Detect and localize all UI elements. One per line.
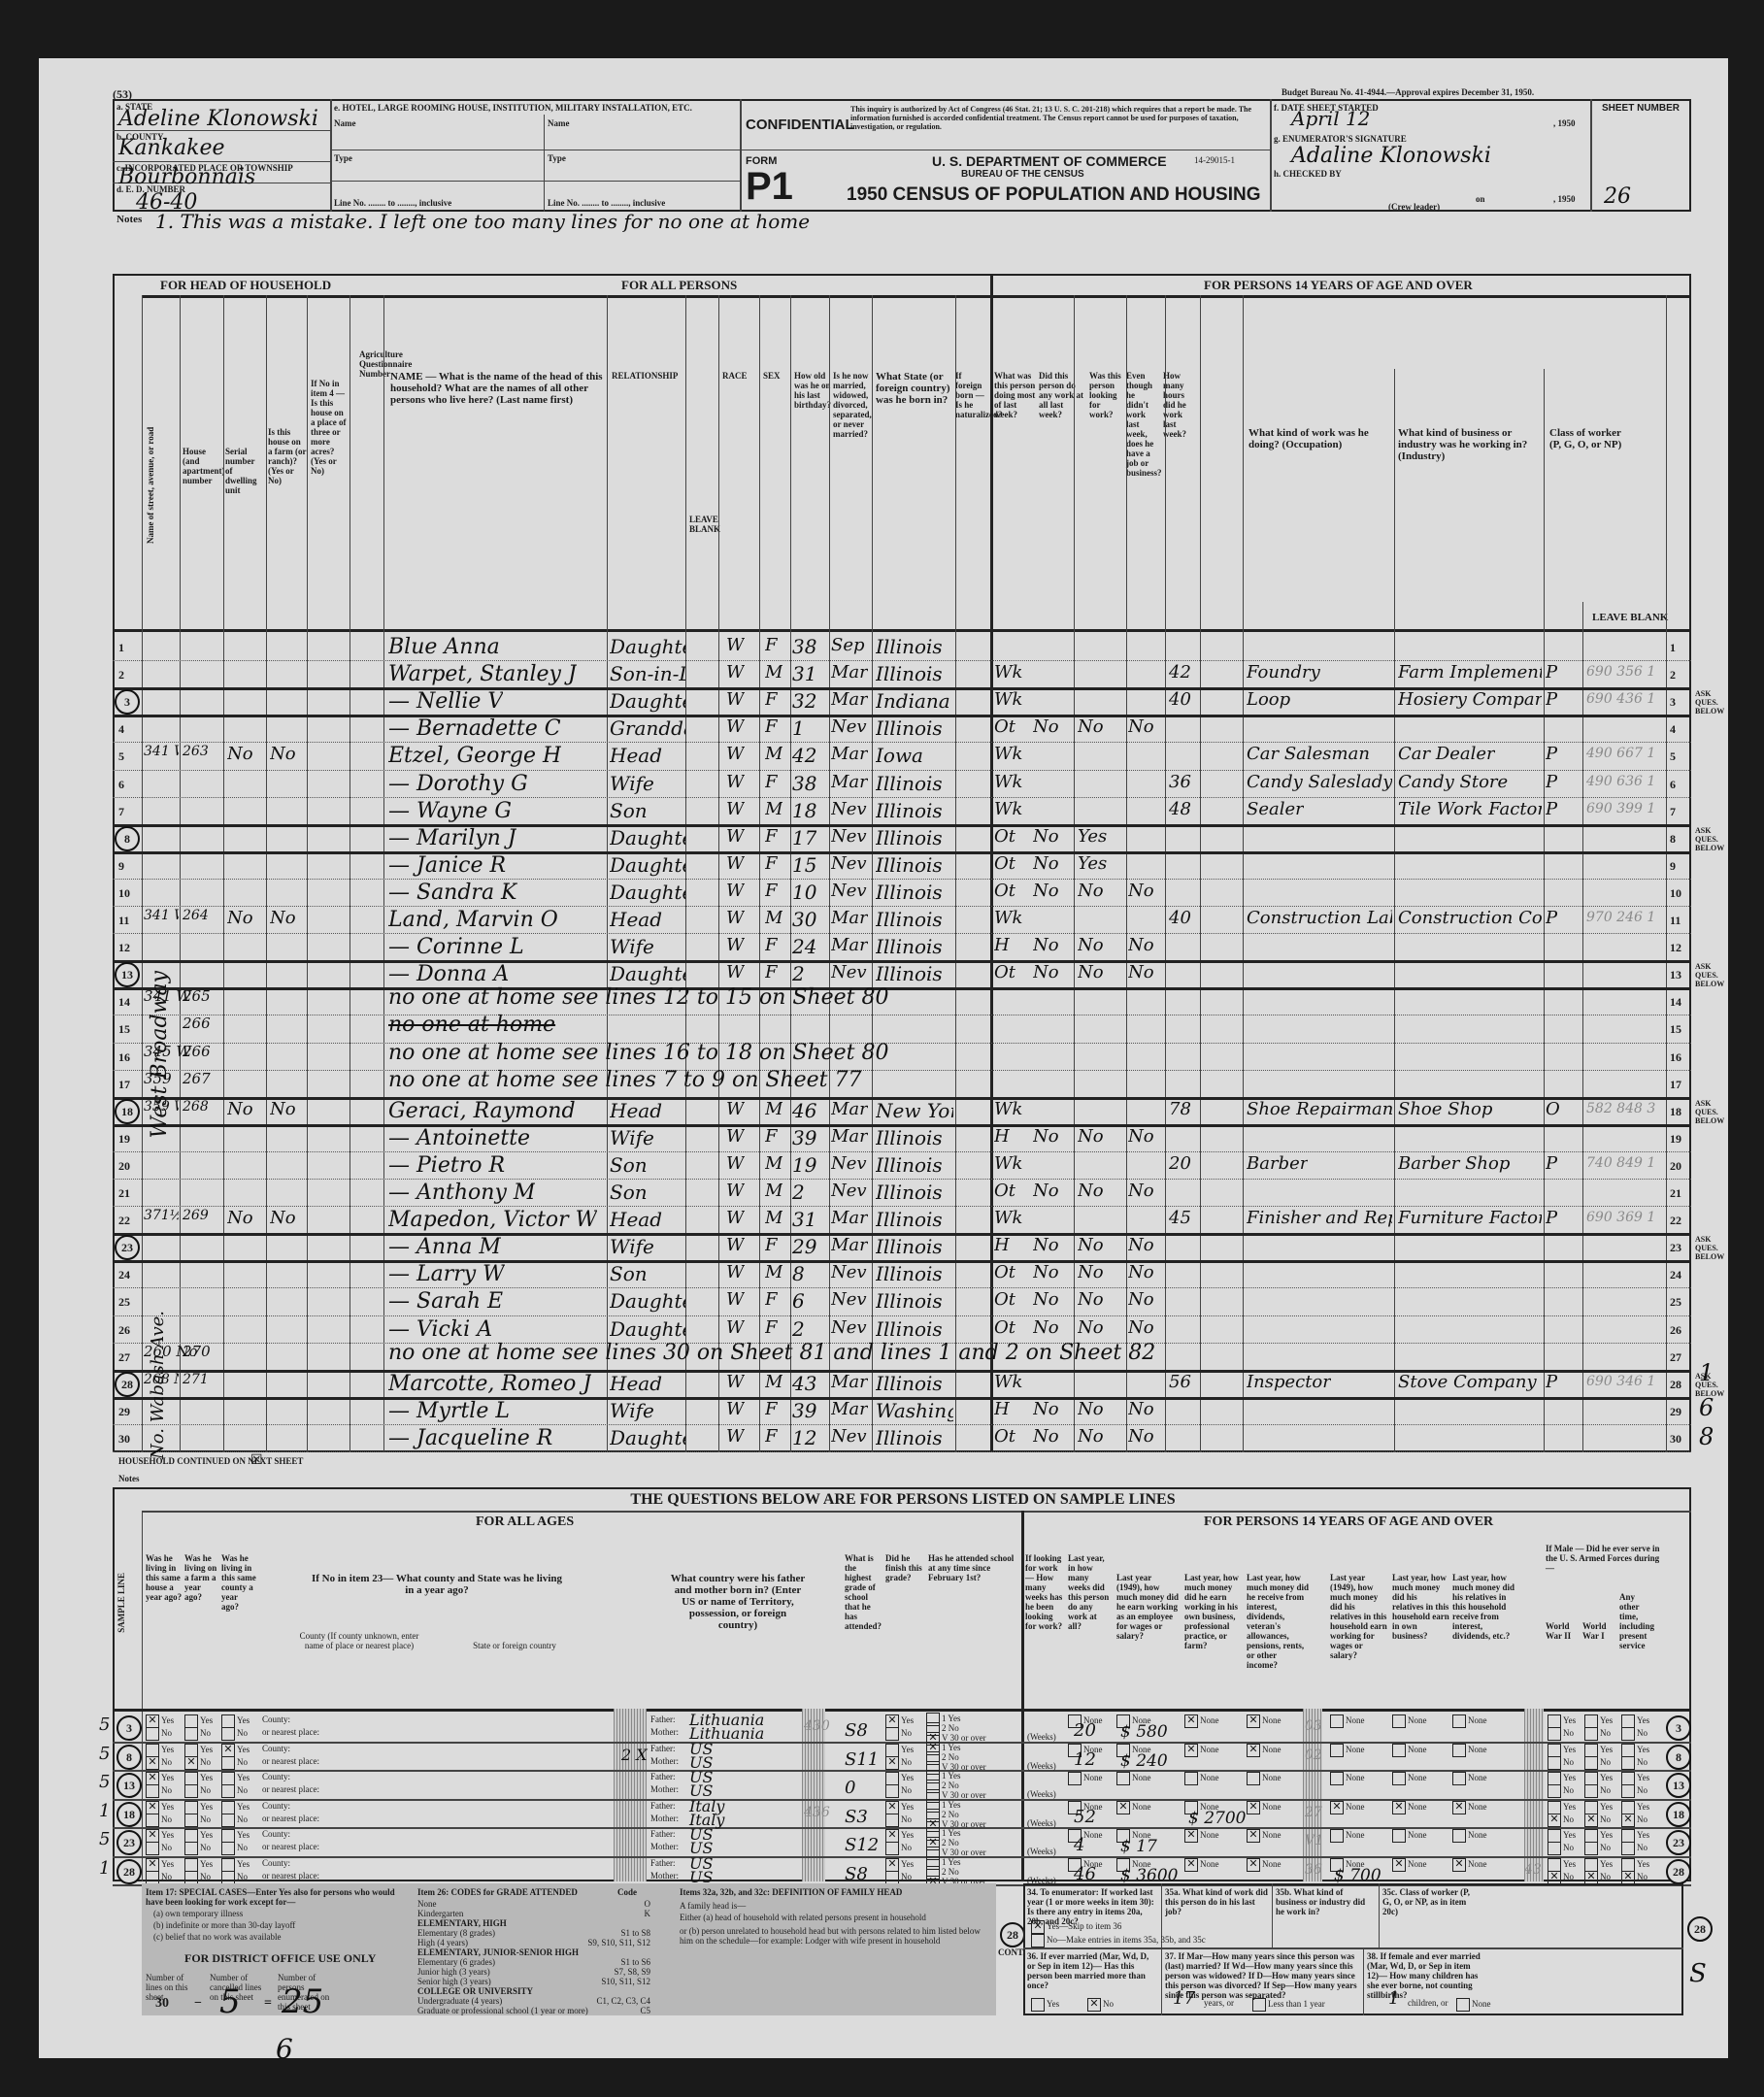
q23-yes[interactable]: Yes xyxy=(221,1772,250,1785)
cell-marital: Mar xyxy=(831,744,868,764)
q23-no[interactable]: No xyxy=(221,1727,248,1741)
q22-yes[interactable]: Yes xyxy=(184,1744,213,1757)
cell-marital: Mar xyxy=(831,908,868,928)
q33a-no-box[interactable] xyxy=(1548,1842,1561,1855)
q22-yes[interactable]: Yes xyxy=(184,1801,213,1814)
q33b-yes-label: Yes xyxy=(1600,1773,1613,1782)
q33b-yes[interactable]: Yes xyxy=(1584,1858,1613,1872)
q31a-none[interactable]: None xyxy=(1116,1772,1151,1785)
q33a-yes[interactable]: Yes xyxy=(1548,1829,1576,1843)
q30-none[interactable]: None xyxy=(1068,1772,1103,1785)
q32b-none-box[interactable] xyxy=(1392,1744,1406,1757)
col-17-header: Was this person looking for work? xyxy=(1089,371,1122,419)
date-value: April 12 xyxy=(1291,107,1370,130)
q33c-yes[interactable]: Yes xyxy=(1621,1858,1649,1872)
q23-yes[interactable]: ✕Yes xyxy=(221,1744,250,1757)
q22-no[interactable]: No xyxy=(184,1727,211,1741)
q21-no[interactable]: ✕No xyxy=(146,1756,172,1770)
q31b-none-box[interactable]: ✕ xyxy=(1184,1714,1198,1728)
cell-no-one-home-note: no one at home see lines 30 on Sheet 81 … xyxy=(388,1341,1155,1365)
q32b-none-box[interactable] xyxy=(1392,1829,1406,1843)
q32a-none-box[interactable] xyxy=(1330,1744,1344,1757)
q33b-yes-box[interactable] xyxy=(1584,1829,1598,1843)
q21-no-box[interactable] xyxy=(146,1784,159,1798)
q23-yes[interactable]: Yes xyxy=(221,1801,250,1814)
q32b-none-box[interactable]: ✕ xyxy=(1392,1858,1406,1872)
q23-yes[interactable]: Yes xyxy=(221,1858,250,1872)
hotel-type-label-2: Type xyxy=(548,153,566,163)
cell-street: 341 W xyxy=(144,744,179,759)
q32c-none[interactable]: ✕None xyxy=(1452,1801,1487,1814)
q27-yes-box[interactable] xyxy=(885,1744,899,1757)
q21-no[interactable]: No xyxy=(146,1727,172,1741)
q23-yes-box[interactable]: ✕ xyxy=(221,1744,235,1757)
q27-yes[interactable]: ✕Yes xyxy=(885,1714,914,1728)
q33c-no-box[interactable] xyxy=(1621,1842,1635,1855)
sample-line-badge: 18 xyxy=(116,1802,142,1827)
q32a-none[interactable]: None xyxy=(1330,1714,1365,1728)
q33a-yes-box[interactable] xyxy=(1548,1744,1561,1757)
q33b-no[interactable]: No xyxy=(1584,1756,1611,1770)
grade-code-label: Elementary (8 grades) xyxy=(417,1928,495,1938)
q32b-none[interactable]: ✕None xyxy=(1392,1858,1427,1872)
q21-no[interactable]: No xyxy=(146,1784,172,1798)
q36-no-checkbox[interactable]: ✕ xyxy=(1087,1998,1101,2012)
q32a-none[interactable]: None xyxy=(1330,1744,1365,1757)
cell-name: Land, Marvin O xyxy=(388,908,558,932)
q22-no[interactable]: ✕No xyxy=(184,1756,211,1770)
q22-no[interactable]: No xyxy=(184,1784,211,1798)
q33a-no-box[interactable] xyxy=(1548,1727,1561,1741)
q33c-no-box[interactable]: ✕ xyxy=(1621,1814,1635,1827)
q32a-none[interactable]: None xyxy=(1330,1772,1365,1785)
q30-none-box[interactable] xyxy=(1068,1772,1082,1785)
mother-label: Mother: xyxy=(650,1814,679,1823)
q22-yes-box[interactable] xyxy=(184,1829,198,1843)
q27-yes-box[interactable]: ✕ xyxy=(885,1801,899,1814)
q21-yes[interactable]: ✕Yes xyxy=(146,1858,174,1872)
q32a-none-box[interactable]: ✕ xyxy=(1330,1801,1344,1814)
q32b-none-box[interactable] xyxy=(1392,1714,1406,1728)
cell-rel: Wife xyxy=(610,1399,654,1422)
grade-code-label: Junior high (3 years) xyxy=(417,1967,490,1977)
q21-yes[interactable]: Yes xyxy=(146,1744,174,1757)
q31a-none-box[interactable] xyxy=(1116,1772,1130,1785)
q23-no-box[interactable] xyxy=(221,1756,235,1770)
q21-yes-box[interactable]: ✕ xyxy=(146,1772,159,1785)
q21-yes-box[interactable]: ✕ xyxy=(146,1858,159,1872)
q21-no[interactable]: No xyxy=(146,1814,172,1827)
q21-no[interactable]: No xyxy=(146,1871,172,1884)
q33c-no[interactable]: No xyxy=(1621,1727,1648,1741)
q32c-none[interactable]: ✕None xyxy=(1452,1858,1487,1872)
household-continued-checkbox[interactable]: ☒ xyxy=(250,1452,263,1469)
q27-yes[interactable]: ✕Yes xyxy=(885,1858,914,1872)
q32c-none[interactable]: None xyxy=(1452,1829,1487,1843)
q31c-none-box[interactable]: ✕ xyxy=(1247,1858,1260,1872)
q37-less-checkbox[interactable] xyxy=(1252,1998,1266,2012)
q33c-yes[interactable]: Yes xyxy=(1621,1772,1649,1785)
q27-no[interactable]: No xyxy=(885,1814,912,1827)
q33a-yes-box[interactable] xyxy=(1548,1714,1561,1728)
line-number: 5 xyxy=(118,749,124,764)
q23-yes-box[interactable] xyxy=(221,1801,235,1814)
q22-yes[interactable]: Yes xyxy=(184,1714,213,1728)
q33a-no-box[interactable]: ✕ xyxy=(1548,1814,1561,1827)
cell-birthplace: Illinois xyxy=(876,1208,943,1231)
q22-no-box[interactable] xyxy=(184,1871,198,1884)
cell-activity: Wk xyxy=(994,1372,1022,1392)
q21-yes-box[interactable]: ✕ xyxy=(146,1801,159,1814)
q31a-none-box[interactable]: ✕ xyxy=(1116,1801,1130,1814)
q33b-no-box[interactable] xyxy=(1584,1756,1598,1770)
q33a-no[interactable]: ✕No xyxy=(1548,1871,1574,1884)
q32c-none-box[interactable]: ✕ xyxy=(1452,1858,1466,1872)
q31c-none[interactable]: ✕None xyxy=(1247,1829,1281,1843)
q21-yes-box[interactable] xyxy=(146,1744,159,1757)
q34-yes-label: Yes—Skip to item 36 xyxy=(1047,1921,1121,1931)
q23-yes-box[interactable] xyxy=(221,1858,235,1872)
q22-no[interactable]: No xyxy=(184,1814,211,1827)
grade-code-value: S9, S10, S11, S12 xyxy=(587,1938,650,1947)
q33c-yes-label: Yes xyxy=(1637,1773,1649,1782)
cell-name: — Marilyn J xyxy=(388,826,516,850)
q33a-no[interactable]: No xyxy=(1548,1727,1574,1741)
cell-marital: Nev xyxy=(831,1181,867,1201)
cell-class: P xyxy=(1546,744,1557,764)
cell-serial: 264 xyxy=(183,908,209,923)
q21-no-box[interactable] xyxy=(146,1871,159,1884)
q33c-yes-box[interactable] xyxy=(1621,1772,1635,1785)
q23-yes-box[interactable] xyxy=(221,1772,235,1785)
q32b-none[interactable]: None xyxy=(1392,1744,1427,1757)
q22-yes-box[interactable] xyxy=(184,1714,198,1728)
q21-no-box[interactable] xyxy=(146,1842,159,1855)
q27-yes-box[interactable]: ✕ xyxy=(885,1714,899,1728)
cell-sex: F xyxy=(765,962,778,982)
q22-yes-box[interactable] xyxy=(184,1772,198,1785)
q32c-none-box[interactable] xyxy=(1452,1714,1466,1728)
q33b-yes-box[interactable] xyxy=(1584,1714,1598,1728)
q33a-no[interactable]: ✕No xyxy=(1548,1814,1574,1827)
q22-yes-box[interactable] xyxy=(184,1744,198,1757)
q21-yes[interactable]: ✕Yes xyxy=(146,1801,174,1814)
q23-no-box[interactable] xyxy=(221,1814,235,1827)
q33b-no[interactable]: ✕No xyxy=(1584,1814,1611,1827)
q21-no[interactable]: No xyxy=(146,1842,172,1855)
q22-no-box[interactable] xyxy=(184,1814,198,1827)
cell-industry: Stove Company xyxy=(1398,1372,1537,1392)
q22-no[interactable]: No xyxy=(184,1871,211,1884)
q23-yes[interactable]: Yes xyxy=(221,1829,250,1843)
q23-no[interactable]: No xyxy=(221,1784,248,1798)
col-18-header: Even though he didn't work last week, do… xyxy=(1126,371,1159,478)
q22-yes-label: Yes xyxy=(200,1773,213,1782)
q33c-no-label: No xyxy=(1637,1785,1648,1795)
q33b-yes-box[interactable] xyxy=(1584,1772,1598,1785)
grade-code-label: High (4 years) xyxy=(417,1938,468,1947)
q22-no[interactable]: No xyxy=(184,1842,211,1855)
q31c-none[interactable]: ✕None xyxy=(1247,1744,1281,1757)
q33c-yes[interactable]: Yes xyxy=(1621,1829,1649,1843)
q27-yes[interactable]: Yes xyxy=(885,1772,914,1785)
q31c-none[interactable]: ✕None xyxy=(1247,1858,1281,1872)
q32c-none-box[interactable] xyxy=(1452,1744,1466,1757)
q36-yes-option[interactable]: Yes xyxy=(1031,1998,1059,2012)
q22-no-box[interactable]: ✕ xyxy=(184,1756,198,1770)
q32b-none[interactable]: None xyxy=(1392,1714,1427,1728)
mother-label: Mother: xyxy=(650,1871,679,1881)
q33b-no[interactable]: No xyxy=(1584,1727,1611,1741)
q33a-yes-box[interactable] xyxy=(1548,1801,1561,1814)
cell-race: W xyxy=(726,1372,745,1392)
q27-no[interactable]: No xyxy=(885,1871,912,1884)
q24-county-label: County: xyxy=(262,1714,290,1724)
q32a-none-box[interactable] xyxy=(1330,1772,1344,1785)
q33a-no-box[interactable] xyxy=(1548,1756,1561,1770)
special-cases-title: Item 17: SPECIAL CASES—Enter Yes also fo… xyxy=(146,1887,408,1907)
cell-looking: No xyxy=(1078,1181,1104,1201)
q33a-yes[interactable]: Yes xyxy=(1548,1858,1576,1872)
father-label: Father: xyxy=(650,1744,676,1753)
q23-yes-label: Yes xyxy=(237,1715,250,1725)
q33c-no-box[interactable] xyxy=(1621,1756,1635,1770)
q34-no-checkbox[interactable] xyxy=(1031,1934,1045,1947)
q33a-no[interactable]: No xyxy=(1548,1756,1574,1770)
q32a-none[interactable]: ✕None xyxy=(1330,1801,1365,1814)
cell-race: W xyxy=(726,1399,745,1419)
q33a-yes-box[interactable] xyxy=(1548,1829,1561,1843)
q31c-none-box[interactable]: ✕ xyxy=(1247,1829,1260,1843)
q32b-none-box[interactable]: ✕ xyxy=(1392,1801,1406,1814)
q32c-none[interactable]: None xyxy=(1452,1772,1487,1785)
q33c-no-box[interactable] xyxy=(1621,1727,1635,1741)
q31b-none[interactable]: None xyxy=(1184,1772,1219,1785)
q33b-no-box[interactable] xyxy=(1584,1784,1598,1798)
cell-occupation: Barber xyxy=(1247,1153,1308,1174)
q21-yes-box[interactable]: ✕ xyxy=(146,1714,159,1728)
q33b-no-box[interactable] xyxy=(1584,1727,1598,1741)
q32b-none[interactable]: None xyxy=(1392,1829,1427,1843)
q27-no-box[interactable] xyxy=(885,1814,899,1827)
q33c-yes[interactable]: Yes xyxy=(1621,1714,1649,1728)
q21-no-box[interactable]: ✕ xyxy=(146,1756,159,1770)
q22-no-box[interactable] xyxy=(184,1727,198,1741)
q31c-none-label: None xyxy=(1262,1802,1281,1812)
q33c-yes[interactable]: Yes xyxy=(1621,1744,1649,1757)
q27-no-box[interactable] xyxy=(885,1842,899,1855)
q31c-none-box[interactable]: ✕ xyxy=(1247,1744,1260,1757)
q22-yes-box[interactable] xyxy=(184,1858,198,1872)
q33c-no[interactable]: No xyxy=(1621,1842,1648,1855)
q32a-none-box[interactable] xyxy=(1330,1829,1344,1843)
q33a-yes[interactable]: Yes xyxy=(1548,1714,1576,1728)
q23-no-box[interactable] xyxy=(221,1784,235,1798)
q33c-no[interactable]: No xyxy=(1621,1756,1648,1770)
q33a-yes[interactable]: Yes xyxy=(1548,1744,1576,1757)
q27-no[interactable]: No xyxy=(885,1727,912,1741)
q24-nearest-label: or nearest place: xyxy=(262,1756,319,1766)
q33b-no-box[interactable]: ✕ xyxy=(1584,1814,1598,1827)
q27-no[interactable]: No xyxy=(885,1784,912,1798)
cell-age: 31 xyxy=(792,1208,816,1231)
q27-no-label: No xyxy=(901,1757,912,1767)
q22-yes[interactable]: Yes xyxy=(184,1829,213,1843)
q33b-no-box[interactable] xyxy=(1584,1842,1598,1855)
q33c-yes-box[interactable] xyxy=(1621,1714,1635,1728)
q33a-no-label: No xyxy=(1563,1872,1574,1881)
q32c-none-box[interactable]: ✕ xyxy=(1452,1801,1466,1814)
q32b-none[interactable]: None xyxy=(1392,1772,1427,1785)
q27-no-box[interactable]: ✕ xyxy=(885,1756,899,1770)
q33b-yes[interactable]: Yes xyxy=(1584,1714,1613,1728)
q33a-yes-box[interactable] xyxy=(1548,1772,1561,1785)
q32c-none-box[interactable] xyxy=(1452,1829,1466,1843)
q33a-no-box[interactable]: ✕ xyxy=(1548,1871,1561,1884)
q21-yes[interactable]: ✕Yes xyxy=(146,1829,174,1843)
q22-yes[interactable]: Yes xyxy=(184,1772,213,1785)
q21-no-box[interactable] xyxy=(146,1814,159,1827)
q31c-none[interactable]: None xyxy=(1247,1772,1281,1785)
q32c-none[interactable]: None xyxy=(1452,1744,1487,1757)
q32a-none[interactable]: None xyxy=(1330,1829,1365,1843)
q33c-yes-box[interactable] xyxy=(1621,1829,1635,1843)
q23-yes[interactable]: Yes xyxy=(221,1714,250,1728)
q38-none-checkbox[interactable] xyxy=(1456,1998,1470,2012)
q32b-none-box[interactable] xyxy=(1392,1772,1406,1785)
q31c-none-box[interactable]: ✕ xyxy=(1247,1801,1260,1814)
q32c-none[interactable]: None xyxy=(1452,1714,1487,1728)
q33c-no-box[interactable]: ✕ xyxy=(1621,1871,1635,1884)
q22-yes-box[interactable] xyxy=(184,1801,198,1814)
q22-yes[interactable]: Yes xyxy=(184,1858,213,1872)
q33a-yes-label: Yes xyxy=(1563,1830,1576,1840)
q23-no[interactable]: No xyxy=(221,1756,248,1770)
q22-no-box[interactable] xyxy=(184,1784,198,1798)
q27-no-box[interactable] xyxy=(885,1871,899,1884)
q27-no[interactable]: No xyxy=(885,1842,912,1855)
q33b-yes-box[interactable] xyxy=(1584,1858,1598,1872)
q31b-none[interactable]: ✕None xyxy=(1184,1858,1219,1872)
q33c-yes[interactable]: Yes xyxy=(1621,1801,1649,1814)
q21-no-box[interactable] xyxy=(146,1727,159,1741)
q32c-none-box[interactable] xyxy=(1452,1772,1466,1785)
q23-no-box[interactable] xyxy=(221,1727,235,1741)
q23-no-box[interactable] xyxy=(221,1842,235,1855)
cell-hours: 42 xyxy=(1169,662,1191,682)
q33c-no-box[interactable] xyxy=(1621,1784,1635,1798)
q33b-no[interactable]: No xyxy=(1584,1842,1611,1855)
q33b-yes[interactable]: Yes xyxy=(1584,1744,1613,1757)
q27-no-box[interactable] xyxy=(885,1727,899,1741)
q33c-yes-box[interactable] xyxy=(1621,1744,1635,1757)
q27-yes[interactable]: ✕Yes xyxy=(885,1829,914,1843)
q23-no-box[interactable] xyxy=(221,1871,235,1884)
q31b-none[interactable]: ✕None xyxy=(1184,1744,1219,1757)
q23-no[interactable]: No xyxy=(221,1871,248,1884)
cell-name: — Dorothy G xyxy=(388,772,528,796)
q31c-none-box[interactable]: ✕ xyxy=(1247,1714,1260,1728)
q27-yes-box[interactable]: ✕ xyxy=(885,1829,899,1843)
q33c-no[interactable]: ✕No xyxy=(1621,1871,1648,1884)
q33a-no[interactable]: No xyxy=(1548,1842,1574,1855)
q23-yes-box[interactable] xyxy=(221,1714,235,1728)
q33c-yes-box[interactable] xyxy=(1621,1858,1635,1872)
q21-yes[interactable]: ✕Yes xyxy=(146,1714,174,1728)
q33c-no[interactable]: No xyxy=(1621,1784,1648,1798)
q37-less-option[interactable]: Less than 1 year xyxy=(1252,1998,1325,2012)
q33b-yes[interactable]: Yes xyxy=(1584,1801,1613,1814)
q33a-no[interactable]: No xyxy=(1548,1784,1574,1798)
q36-no-option[interactable]: ✕No xyxy=(1087,1998,1114,2012)
q27-yes-box[interactable]: ✕ xyxy=(885,1858,899,1872)
q34-yes-checkbox[interactable]: ✕ xyxy=(1031,1920,1045,1934)
cell-no-one-home-note: no one at home see lines 16 to 18 on She… xyxy=(388,1041,889,1065)
q33a-yes-box[interactable] xyxy=(1548,1858,1561,1872)
line-number-right: 21 xyxy=(1670,1186,1681,1201)
cell-worked: No xyxy=(1033,1181,1059,1201)
q31b-none[interactable]: ✕None xyxy=(1184,1829,1219,1843)
q33b-no-box[interactable]: ✕ xyxy=(1584,1871,1598,1884)
q31b-none-box[interactable]: ✕ xyxy=(1184,1829,1198,1843)
q34-yes-option[interactable]: ✕Yes—Skip to item 36 xyxy=(1031,1920,1121,1934)
q32b-none[interactable]: ✕None xyxy=(1392,1801,1427,1814)
q23-no[interactable]: No xyxy=(221,1814,248,1827)
q33c-yes-box[interactable] xyxy=(1621,1801,1635,1814)
q31c-none-label: None xyxy=(1262,1715,1281,1725)
q32a-none-box[interactable] xyxy=(1330,1714,1344,1728)
q27-yes[interactable]: ✕Yes xyxy=(885,1801,914,1814)
q22-no-box[interactable] xyxy=(184,1842,198,1855)
q38-none-option[interactable]: None xyxy=(1456,1998,1491,2012)
q27-no[interactable]: ✕No xyxy=(885,1756,912,1770)
grade-code-value: S10, S11, S12 xyxy=(601,1977,650,1986)
q31b-none-box[interactable]: ✕ xyxy=(1184,1744,1198,1757)
q23-no[interactable]: No xyxy=(221,1842,248,1855)
q27-yes-label: Yes xyxy=(901,1859,914,1869)
q31b-none-box[interactable] xyxy=(1184,1772,1198,1785)
q33b-yes-box[interactable] xyxy=(1584,1801,1598,1814)
q31a-none[interactable]: ✕None xyxy=(1116,1801,1151,1814)
cell-birthplace: Illinois xyxy=(876,635,943,658)
q23-yes-box[interactable] xyxy=(221,1829,235,1843)
q33b-yes[interactable]: Yes xyxy=(1584,1829,1613,1843)
q36-yes-checkbox[interactable] xyxy=(1031,1998,1045,2012)
q33b-yes[interactable]: Yes xyxy=(1584,1772,1613,1785)
q31c-none[interactable]: ✕None xyxy=(1247,1714,1281,1728)
q21-yes[interactable]: ✕Yes xyxy=(146,1772,174,1785)
q33a-no-box[interactable] xyxy=(1548,1784,1561,1798)
q21-yes-box[interactable]: ✕ xyxy=(146,1829,159,1843)
q27-no-box[interactable] xyxy=(885,1784,899,1798)
q33b-no[interactable]: No xyxy=(1584,1784,1611,1798)
q31b-none[interactable]: ✕None xyxy=(1184,1714,1219,1728)
q31c-none[interactable]: ✕None xyxy=(1247,1801,1281,1814)
q31b-none-box[interactable]: ✕ xyxy=(1184,1858,1198,1872)
q33c-no[interactable]: ✕No xyxy=(1621,1814,1648,1827)
q33a-yes[interactable]: Yes xyxy=(1548,1772,1576,1785)
cell-has-job: No xyxy=(1128,1181,1154,1201)
q27-yes-box[interactable] xyxy=(885,1772,899,1785)
cell-activity: Ot xyxy=(994,1317,1015,1338)
q27-yes[interactable]: Yes xyxy=(885,1744,914,1757)
q33b-no[interactable]: ✕No xyxy=(1584,1871,1611,1884)
q31c-none-box[interactable] xyxy=(1247,1772,1260,1785)
q33b-no-label: No xyxy=(1600,1785,1611,1795)
q33b-yes-box[interactable] xyxy=(1584,1744,1598,1757)
q34-no-option[interactable]: No—Make entries in items 35a, 35b, and 3… xyxy=(1031,1934,1206,1947)
q33a-yes[interactable]: Yes xyxy=(1548,1801,1576,1814)
